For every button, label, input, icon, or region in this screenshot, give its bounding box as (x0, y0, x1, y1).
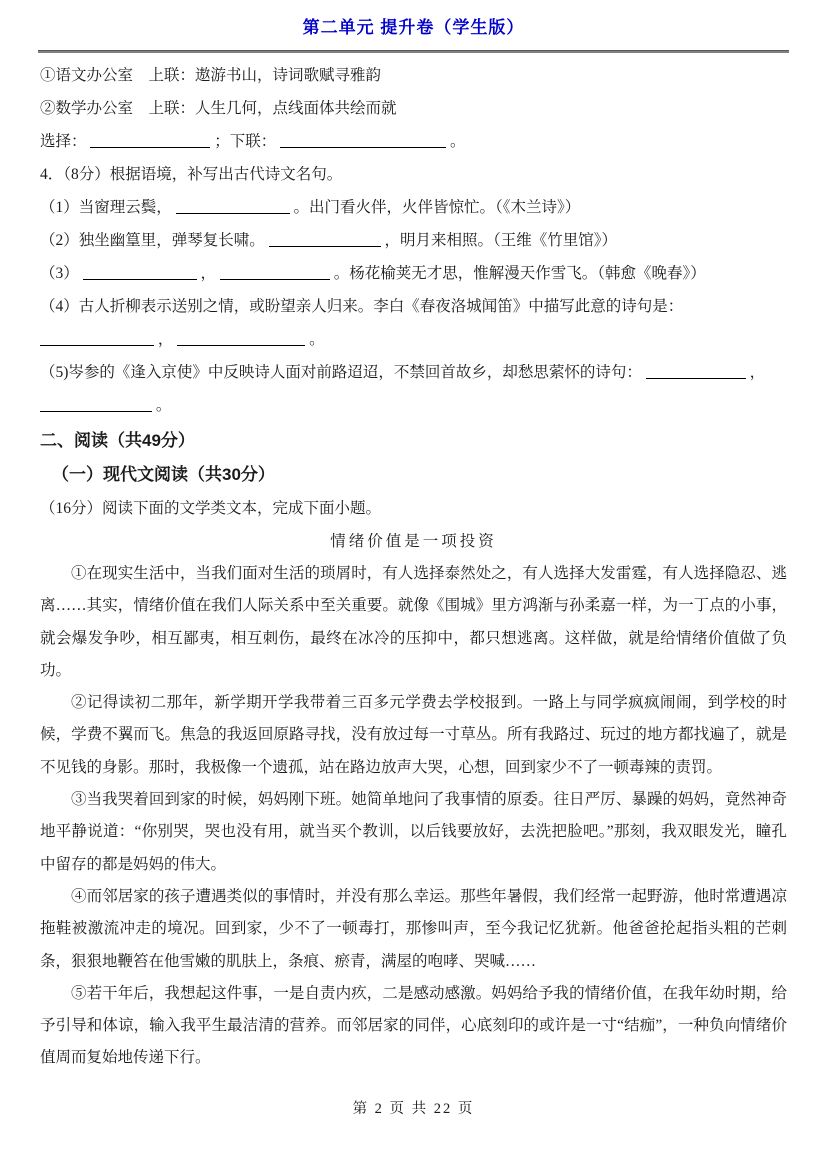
exam-content: ①语文办公室 上联：遨游书山，诗词歌赋寻雅韵 ②数学办公室 上联：人生几何，点线… (0, 53, 827, 1075)
item3-pre-text: （3） (40, 265, 79, 282)
answer-blank (90, 133, 210, 148)
item5-mid-text: ， (750, 364, 766, 381)
question4-item-2: （2）独坐幽篁里，弹琴复长啸。 ，明月来相照。（王维《竹里馆》） (40, 224, 787, 257)
answer-blank (269, 232, 381, 247)
choice-label: 选择： (40, 133, 87, 150)
answer-blank (40, 397, 152, 412)
couplet-option-2-text: ②数学办公室 上联：人生几何，点线面体共绘而就 (40, 100, 397, 117)
essay-title-text: 情绪价值是一项投资 (330, 533, 497, 550)
answer-blank (220, 265, 330, 280)
question4-item-5: （5)岑参的《逢入京使》中反映诗人面对前路迢迢，不禁回首故乡，却愁思萦怀的诗句：… (40, 356, 787, 389)
item2-post-text: ，明月来相照。（王维《竹里馆》） (385, 232, 618, 249)
item5-end-text: 。 (156, 397, 172, 414)
essay-paragraph-2: ②记得读初二那年，新学期开学我带着三百多元学费去学校报到。一路上与同学疯疯闹闹，… (40, 687, 787, 784)
essay-paragraph-1: ①在现实生活中，当我们面对生活的琐屑时，有人选择泰然处之，有人选择大发雷霆，有人… (40, 558, 787, 687)
answer-blank (40, 331, 154, 346)
reading-intro-text: （16分）阅读下面的文学类文本，完成下面小题。 (40, 500, 381, 517)
question4-stem: 4．（8分）根据语境，补写出古代诗文名句。 (40, 158, 787, 191)
subsection-heading-modern-text: （一）现代文阅读（共30分） (40, 458, 787, 492)
answer-blank (83, 265, 197, 280)
couplet-answer-line: 选择： ；下联： 。 (40, 125, 787, 158)
reading-intro: （16分）阅读下面的文学类文本，完成下面小题。 (40, 492, 787, 525)
couplet-option-1-text: ①语文办公室 上联：遨游书山，诗词歌赋寻雅韵 (40, 67, 381, 84)
subsection-heading-text: （一）现代文阅读（共30分） (52, 465, 275, 484)
item4-stem-text: （4）古人折柳表示送别之情，或盼望亲人归来。李白《春夜洛城闻笛》中描写此意的诗句… (40, 298, 683, 315)
item3-post-text: 。杨花榆荚无才思，惟解漫天作雪飞。（韩愈《晚春》） (334, 265, 706, 282)
question4-item-4-blanks: ， 。 (40, 323, 787, 356)
question4-item-1: （1）当窗理云鬓， 。出门看火伴，火伴皆惊忙。（《木兰诗》） (40, 191, 787, 224)
question4-item-3: （3） ， 。杨花榆荚无才思，惟解漫天作雪飞。（韩愈《晚春》） (40, 257, 787, 290)
answer-blank (280, 133, 446, 148)
item4-mid-text: ， (158, 331, 174, 348)
essay-title: 情绪价值是一项投资 (40, 525, 787, 558)
couplet-option-1: ①语文办公室 上联：遨游书山，诗词歌赋寻雅韵 (40, 59, 787, 92)
document-page: 第二单元 提升卷（学生版） ①语文办公室 上联：遨游书山，诗词歌赋寻雅韵 ②数学… (0, 0, 827, 1169)
item1-post-text: 。出门看火伴，火伴皆惊忙。（《木兰诗》） (294, 199, 581, 216)
question4-item-4-stem: （4）古人折柳表示送别之情，或盼望亲人归来。李白《春夜洛城闻笛》中描写此意的诗句… (40, 290, 787, 323)
page-header: 第二单元 提升卷（学生版） (0, 0, 827, 38)
essay-paragraph-4: ④而邻居家的孩子遭遇类似的事情时，并没有那么幸运。那些年暑假，我们经常一起野游，… (40, 881, 787, 978)
answer-blank (176, 199, 290, 214)
essay-paragraph-3: ③当我哭着回到家的时候，妈妈刚下班。她简单地问了我事情的原委。往日严厉、暴躁的妈… (40, 784, 787, 881)
item1-pre-text: （1）当窗理云鬓， (40, 199, 172, 216)
lower-couplet-label: ；下联： (214, 133, 276, 150)
couplet-option-2: ②数学办公室 上联：人生几何，点线面体共绘而就 (40, 92, 787, 125)
question4-stem-text: 4．（8分）根据语境，补写出古代诗文名句。 (40, 166, 342, 183)
period-text: 。 (450, 133, 466, 150)
question4-item-5-blank: 。 (40, 389, 787, 422)
answer-blank (177, 331, 305, 346)
answer-blank (646, 364, 746, 379)
section-heading-reading: 二、阅读（共49分） (40, 424, 787, 458)
page-footer: 第 2 页 共 22 页 (0, 1097, 827, 1118)
item3-mid-text: ， (201, 265, 217, 282)
page-number-text: 第 2 页 共 22 页 (353, 1101, 475, 1117)
item2-pre-text: （2）独坐幽篁里，弹琴复长啸。 (40, 232, 265, 249)
section-heading-text: 二、阅读（共49分） (40, 431, 195, 450)
page-title: 第二单元 提升卷（学生版） (303, 18, 525, 37)
item4-end-text: 。 (309, 331, 325, 348)
item5-stem-text: （5)岑参的《逢入京使》中反映诗人面对前路迢迢，不禁回首故乡，却愁思萦怀的诗句： (40, 364, 642, 381)
essay-paragraph-5: ⑤若干年后，我想起这件事，一是自责内疚，二是感动感激。妈妈给予我的情绪价值，在我… (40, 978, 787, 1075)
